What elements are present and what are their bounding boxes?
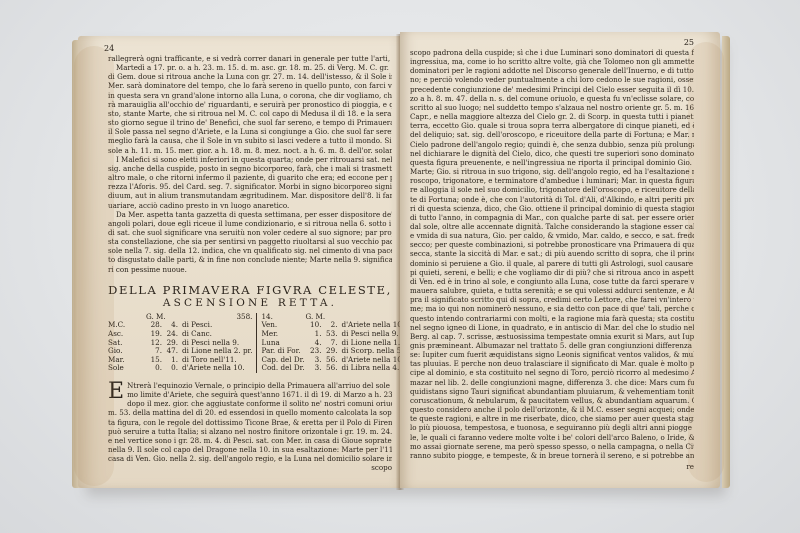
table-row: M.C.28.4.di Pesci.: [108, 321, 252, 330]
text-line: gnis præmineant. Albumazar nel trattato …: [410, 341, 694, 350]
text-line: scopo padrona della cuspide; sì che i du…: [410, 48, 694, 57]
text-line: nella 9. Il sole col capo del Dragone ne…: [108, 445, 392, 454]
sign: d'Ariete nella 10.: [182, 364, 245, 373]
text-line: e nel vertice sono i gr. 28. m. 4. di Pe…: [108, 436, 392, 445]
text-line: secco; per queste combinazioni, si potre…: [410, 240, 694, 249]
text-line: di sat. che suol significare vna seruitù…: [108, 228, 392, 237]
text-line: angoli polari, doue egli riceue il lume …: [108, 219, 392, 228]
text-line: mauera salubre, quieta, e tutta serenità…: [410, 286, 694, 295]
text-line: nel dichiarare le dignità del Cielo, dic…: [410, 149, 694, 158]
text-line: ranno subito piogge, e tempeste, & in br…: [410, 451, 694, 460]
text-line: te di Fortuna; onde è, che con l'autorit…: [410, 195, 694, 204]
left-page-top-text: rallegrerà ogni trafficante, e si vedrà …: [108, 54, 392, 274]
celestial-figure-table: G. M. 358. M.C.28.4.di Pesci. Asc.19.24.…: [108, 313, 392, 373]
minutes: 0.: [162, 364, 178, 373]
text-line: meglio farà la causa, che il Sole in vn …: [108, 136, 392, 145]
text-line: Ntrerà l'equinozio Vernale, o principio …: [127, 381, 392, 390]
text-line: Marte; Gio. si ritroua in suo trigono, s…: [410, 167, 694, 176]
text-line: zo a h. 8. m. 47. della n. s. del comune…: [410, 94, 694, 103]
text-line: pi quieti, sereni, e belli; e che voglia…: [410, 268, 694, 277]
text-line: coruscationum, & nebularum, & paucitatem…: [410, 396, 694, 405]
planet-label: Cod. del Dr.: [261, 364, 305, 373]
text-line: e vmida di sua natura, Gio. per caldo, &…: [410, 231, 694, 240]
text-line: questo considero anche il polo dell'oriz…: [410, 405, 694, 414]
text-line: sto giorno segue il trino de' Benefici, …: [108, 118, 392, 127]
drop-cap: E: [108, 383, 124, 401]
text-line: m. 53. della mattina del dì 20. ed essen…: [108, 408, 392, 417]
text-line: sta constellazione, che sia per sentirsi…: [108, 237, 392, 246]
text-line: questa figura preuenente, e nell'ingress…: [410, 158, 694, 167]
text-line: mazar nel lib. 2. delle congiunzioni mag…: [410, 378, 694, 387]
text-line: può seruire a tutta Italia; si alzano ne…: [108, 427, 392, 436]
text-line: secca, stante la siccità di Mar. e sat.;…: [410, 249, 694, 258]
text-line: tas pluuias. E perche non deuo tralascia…: [410, 359, 694, 368]
text-line: del deliquio; sat. sig. dell'oroscopo, e…: [410, 130, 694, 139]
right-page-edge: [722, 36, 730, 488]
text-line: sole a h. 11. m. 15. mer. gior. a h. 18.…: [108, 146, 392, 155]
sign: di Libra nella 4.: [341, 364, 399, 373]
text-line: questo intendo contrariarmi con molti, e…: [410, 314, 694, 323]
text-line: rà marauiglia all'occhio de' riguardanti…: [108, 100, 392, 109]
text-line: re alloggia il sole nel suo domicilio, t…: [410, 185, 694, 194]
section-heading: DELLA PRIMAVERA FIGVRA CELESTE,: [108, 284, 392, 297]
text-line: no; e perciò volendo veder puntualmente …: [410, 75, 694, 84]
degrees: 0.: [146, 364, 162, 373]
text-line: ri di questa scienza, dico, che Gio. ott…: [410, 204, 694, 213]
catchword-right: re: [410, 462, 694, 471]
text-line: lo più piouosa, tempestosa, e tuonosa, e…: [410, 423, 694, 432]
text-line: dominio si peruiene a Gio. il quale, al …: [410, 259, 694, 268]
text-line: quidistans signo Tauri significat abunda…: [410, 387, 694, 396]
text-line: di Ven. ed è in trino al sole, e congiun…: [410, 277, 694, 286]
left-page-bottom-text: E Ntrerà l'equinozio Vernale, o principi…: [108, 381, 392, 463]
table-row: Cod. del Dr.3.56.di Libra nella 4.: [261, 364, 404, 373]
catchword-left: scopo: [108, 463, 392, 472]
text-line: in questa sera vn grand'alone intorno al…: [108, 91, 392, 100]
text-line: dominatori per le ragioni addotte nel Di…: [410, 66, 694, 75]
text-line: cipe al dominio, e sta costituito nel se…: [410, 368, 694, 377]
text-line: to disgustato dalle parti, & in fine non…: [108, 255, 392, 264]
text-line: Capr., e nella maggiore altezza del Ciel…: [410, 112, 694, 121]
text-line: Martedì a 17. pr. o. a h. 23. m. 15. d. …: [108, 63, 392, 72]
text-line: dal sole, oltre alle accennate dignità. …: [410, 222, 694, 231]
text-line: te queste ragioni, e altre in me riserba…: [410, 414, 694, 423]
minutes: 56.: [321, 364, 337, 373]
table-header: G. M. 358.: [108, 313, 252, 322]
text-line: mo limite d'Ariete, che seguirà quest'an…: [127, 390, 392, 399]
degrees: 3.: [305, 364, 321, 373]
text-line: Berg. al cap. 7. scrisse, æstuosissima t…: [410, 332, 694, 341]
right-page: 25 scopo padrona della cuspide; sì che i…: [400, 32, 720, 488]
table-row: Sole0.0.d'Ariete nella 10.: [108, 364, 252, 373]
text-line: dopo il mez. gior. che aggiustate confor…: [127, 399, 392, 408]
text-line: ri con pessime nuoue.: [108, 265, 392, 274]
table-left-column: G. M. 358. M.C.28.4.di Pesci. Asc.19.24.…: [108, 313, 256, 373]
text-line: rallegrerà ogni trafficante, e si vedrà …: [108, 54, 392, 63]
right-page-text: scopo padrona della cuspide; sì che i du…: [410, 48, 694, 460]
text-line: ta figura, con le regole del dottissimo …: [108, 418, 392, 427]
text-line: se: Iupiter cum fuerit æquidistans signo…: [410, 350, 694, 359]
open-book: 24 rallegrerà ogni trafficante, e si ved…: [78, 30, 724, 490]
text-line: uariare, acciò cadino presto in vn luogo…: [108, 201, 392, 210]
text-line: precedente congiunzione de' medesimi Pri…: [410, 85, 694, 94]
text-line: nel segno igneo di Lione, in quadrato, e…: [410, 323, 694, 332]
text-line: me; ma io qui non nominerò nessuno, e si…: [410, 304, 694, 313]
page-number-left: 24: [104, 44, 392, 54]
text-line: le, le quali ci faranno vedere molte vol…: [410, 433, 694, 442]
text-line: scritto al suo luogo; nel suddetto tempo…: [410, 103, 694, 112]
header-number: 358.: [236, 313, 252, 322]
text-line: Mer. sarà dominatore del tempo, che lo f…: [108, 81, 392, 90]
planet-label: Sole: [108, 364, 146, 373]
text-line: rezza l'Aforis. 95. del Card. seg. 7. si…: [108, 182, 392, 191]
text-line: di tutto l'anno, in compagnia di Mar., c…: [410, 213, 694, 222]
text-line: altro male, o che ritorni infermo il paz…: [108, 173, 392, 182]
left-page: 24 rallegrerà ogni trafficante, e si ved…: [78, 36, 402, 488]
text-line: ingressiua, ma, come io ho scritto altre…: [410, 57, 694, 66]
text-line: il Sole passa nel segno d'Ariete, e la L…: [108, 127, 392, 136]
section-subheading: ASCENSIONE RETTA.: [108, 297, 392, 309]
text-line: pra il significato scritto qui di sopra,…: [410, 295, 694, 304]
text-line: roscopo, trigonatore, e terminatore d'am…: [410, 176, 694, 185]
text-line: terra, eccetto Gio. quale si troua sopra…: [410, 121, 694, 130]
text-line: sole nella 7. sig. della 12. indica, che…: [108, 246, 392, 255]
page-number-right: 25: [410, 38, 694, 48]
table-right-column: 14. G. M. Ven.10.2.d'Ariete nella 10. Me…: [256, 313, 404, 373]
text-line: Da Mer. aspetta tanta gazzetta di questa…: [108, 210, 392, 219]
text-line: mo assai giornate serene, ma però spesso…: [410, 442, 694, 451]
text-line: di Gem. doue si ritroua anche la Luna co…: [108, 72, 392, 81]
text-line: diuum, aut in alium transmutandam ægritu…: [108, 191, 392, 200]
text-line: sig. anche della cuspide, posto in segno…: [108, 164, 392, 173]
text-line: sto, stante Marte, che si ritroua nel M.…: [108, 109, 392, 118]
text-line: I Malefici si sono eletti inferiori in q…: [108, 155, 392, 164]
text-line: Cielo padrone dell'angolo regio; quindi …: [410, 140, 694, 149]
text-line: casa di Ven. Gio. nella 2. sig. dell'ang…: [108, 454, 392, 463]
